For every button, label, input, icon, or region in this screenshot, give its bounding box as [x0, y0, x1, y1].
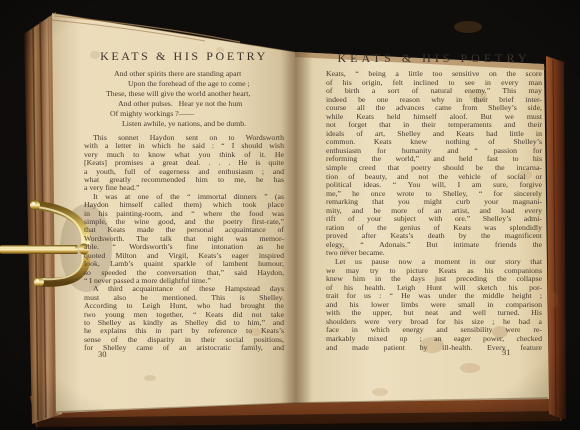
- text-line: for Shelley came of an aristocratic fami…: [84, 344, 284, 352]
- poem-line: Upon the forehead of the age to come ;: [84, 79, 284, 89]
- poem-quotation: And other spirits there are standing apa…: [84, 69, 284, 129]
- poem-line: These, these will give the world another…: [84, 89, 284, 99]
- left-running-head: KEATS & HIS POETRY: [84, 49, 284, 64]
- left-page-number: 30: [98, 349, 107, 359]
- poem-line: And other spirits there are standing apa…: [84, 69, 284, 79]
- right-body-text: Keats, “ being a little too sensitive on…: [326, 70, 542, 352]
- poem-line: Of mighty workings ?——: [84, 109, 284, 119]
- right-page: KEATS & HIS POETRY Keats, “ being a litt…: [326, 51, 542, 352]
- poem-line: And other pulses. Hear ye not the hum: [84, 99, 284, 109]
- open-book-photograph: KEATS & HIS POETRY And other spirits the…: [0, 0, 580, 430]
- right-running-head: KEATS & HIS POETRY: [326, 51, 542, 66]
- left-page: KEATS & HIS POETRY And other spirits the…: [84, 49, 284, 353]
- right-page-number: 31: [502, 347, 511, 357]
- poem-line: Listen awhile, ye nations, and be dumb.: [84, 119, 284, 129]
- left-body-text: This sonnet Haydon sent on to Wordsworth…: [84, 134, 284, 353]
